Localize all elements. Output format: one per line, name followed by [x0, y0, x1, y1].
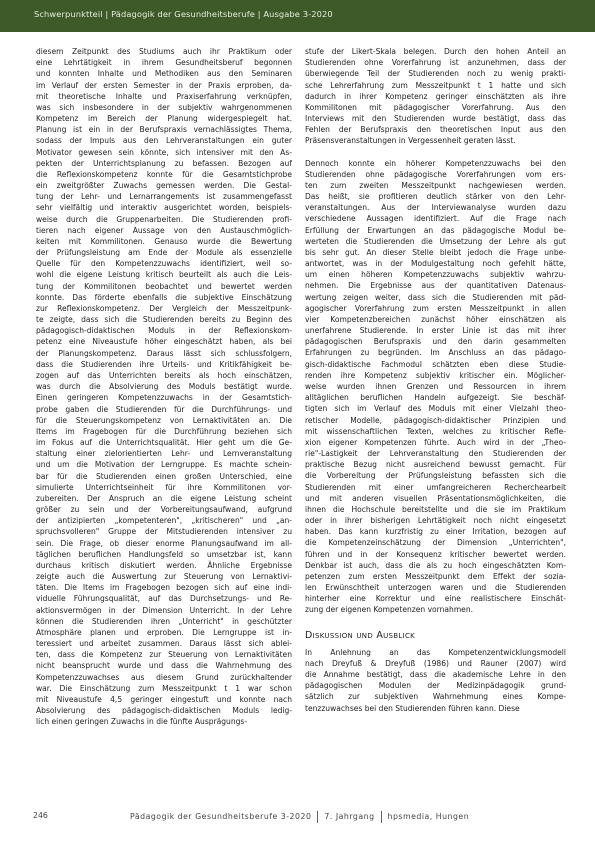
text-line: sche Lehrerfahrung zum Messzeitpunkt t 1…	[305, 80, 566, 91]
text-line: keiten mit Kommilitonen. Genauso wurde d…	[36, 236, 292, 247]
text-line: konnte. Das förderte ebenfalls die subje…	[36, 292, 292, 303]
text-line: ihnen die Hochschule bereitstellte und d…	[305, 504, 566, 515]
text-line: Erfahrungen zu begründen. Im Anschluss a…	[305, 347, 566, 358]
text-line: Fehlen der Berufspraxis den theoretische…	[305, 124, 566, 135]
text-line: mit Niveaustufe 4,5 geringer eingestuft …	[36, 694, 292, 705]
text-line: durchaus kritisch diskutiert werden. Ähn…	[36, 560, 292, 571]
text-line: weise wurden ihnen Grenzen und Ressource…	[305, 381, 566, 392]
running-header-bar: Schwerpunktteil | Pädagogik der Gesundhe…	[0, 0, 595, 32]
text-line: sodass der Impuls aus den Lehrveranstalt…	[36, 135, 292, 146]
text-line: nehmen. Die Ergebnisse aus der quantitat…	[305, 280, 566, 291]
text-line: die Annahme bestätigt, dass die akademis…	[305, 669, 566, 680]
text-line: die Kompetenzeinschätzung der Dimension …	[305, 537, 566, 548]
text-line: retischer Modelle, pädagogisch-didaktisc…	[305, 415, 566, 426]
text-line: nach Dreyfuß & Dreyfuß (1986) und Rauner…	[305, 658, 566, 669]
text-line: tieren nach eigener Aussage von den Aust…	[36, 225, 292, 236]
text-line: renden ihre Kompetenz subjektiv kritisch…	[305, 370, 566, 381]
text-line: pädagogischen Berufspraxis und den darin…	[305, 336, 566, 347]
text-line: zur Reflexionskompetenz. Der Vergleich d…	[36, 303, 292, 314]
text-line: Kompetenz im Bereich der Planung widerge…	[36, 113, 292, 124]
text-line: oder in ihrer bisherigen Lehrtätigkeit n…	[305, 515, 566, 526]
footer-publisher: hpsmedia, Hungen	[388, 812, 470, 821]
text-line: mit wissenschaftlichen Texten, welches z…	[305, 426, 566, 437]
text-line: te zeigte, dass sich die Studierenden be…	[36, 314, 292, 325]
text-line: größer zu sein und der Vorbereitungsaufw…	[36, 504, 292, 515]
text-line: vier Kompetenzbereichen zunächst höher e…	[305, 314, 566, 325]
text-line: Studierenden ohne Vorerfahrung ist anzun…	[305, 57, 566, 68]
left-text-column: diesem Zeitpunkt des Studiums auch ihr P…	[36, 46, 292, 727]
text-line: der Planungskompetenz. Daraus lässt sich…	[36, 348, 292, 359]
text-line: verschiedene Aussagen identifiziert. Auf…	[305, 213, 566, 224]
text-line: agogischer Vorerfahrung zum ersten Messz…	[305, 303, 566, 314]
text-line: tenzzuwachses bei den Studierenden führe…	[305, 703, 566, 714]
text-line: Motivator gewesen sein könnte, sich inte…	[36, 147, 292, 158]
text-line: praktische Bezug nicht ausreichend bewus…	[305, 459, 566, 470]
text-line: Absolvierung des pädagogisch-didaktische…	[36, 705, 292, 716]
text-line: rie"-Lastigkeit der Lehrveranstaltung de…	[305, 448, 566, 459]
text-line: mit theoretische Inhalte und Praxiserfah…	[36, 91, 292, 102]
text-line: tung der Kommilitonen beobachtet und bew…	[36, 281, 292, 292]
text-line: staltung einer zielorientierten Lehr- un…	[36, 448, 292, 459]
text-line: lich einen geringen Zuwachs in die fünft…	[36, 716, 292, 727]
text-line: Kommilitonen mit pädagogischer Vorerfahr…	[305, 102, 566, 113]
text-line: Items im Fragebogen für die Durchführung…	[36, 426, 292, 437]
text-line: stufe der Likert-Skala belegen. Durch de…	[305, 46, 566, 57]
text-line: probe gaben die Studierenden für die Dur…	[36, 404, 292, 415]
text-line: ein zweitgrößter Zuwachs gemessen werden…	[36, 180, 292, 191]
text-line: um einen höheren Kompetenzzuwachs subjek…	[305, 269, 566, 280]
text-line: Das heißt, sie profitieren deutlich stär…	[305, 191, 566, 202]
paragraph-results-continued: stufe der Likert-Skala belegen. Durch de…	[305, 46, 566, 147]
text-line: täten. Die Items im Fragebogen bezogen s…	[36, 582, 292, 593]
text-line: Denkbar ist auch, dass die als zu hoch e…	[305, 560, 566, 571]
page-footer: 246 Pädagogik der Gesundheitsberufe 3-20…	[0, 811, 595, 825]
text-line: gisch-didaktische Fachmodul schätzten eb…	[305, 359, 566, 370]
paragraph-competence-growth: Dennoch konnte ein höherer Kompetenzzuwa…	[305, 158, 566, 616]
page-number: 246	[33, 811, 48, 820]
text-line: und um die Motivation der Lerngruppe. Es…	[36, 459, 292, 470]
text-line: dass die Studierenden ihre Urteils- und …	[36, 359, 292, 370]
text-line: unerfahrene Studierende. In erster Linie…	[305, 325, 566, 336]
text-line: führen und in der Konsequenz kritischer …	[305, 549, 566, 560]
footer-journal: Pädagogik der Gesundheitsberufe 3-2020	[130, 812, 311, 821]
text-line: Quelle für den Kompetenzzuwachs identifi…	[36, 258, 292, 269]
text-line: teressiert und arbeitet zusammen. Daraus…	[36, 638, 292, 649]
text-line: petenzen zum ersten Messzeitpunkt dem Ef…	[305, 571, 566, 582]
text-line: wohl die eigene Leistung kritisch beurte…	[36, 269, 292, 280]
text-line: die Reflexionskompetenz konnte für die G…	[36, 169, 292, 180]
text-line: pekten der Unterrichtsplanung zu befasse…	[36, 158, 292, 169]
text-line: Einen geringeren Kompetenzzuwachs in der…	[36, 392, 292, 403]
text-line: eine Lehrtätigkeit in ihrem Gesundheitsb…	[36, 57, 292, 68]
footer-divider	[381, 811, 382, 823]
text-line: veranstaltungen. Aus der Interviewanalys…	[305, 202, 566, 213]
text-line: zogen auf das Unterrichten bereits als h…	[36, 370, 292, 381]
running-header-title: Schwerpunktteil | Pädagogik der Gesundhe…	[34, 9, 333, 19]
text-line: sehr vielfältig und interaktiv ausgerich…	[36, 202, 292, 213]
text-line: und konnten Inhalte und Methodiken aus d…	[36, 68, 292, 79]
text-line: sein. Die Frage, ob dieser enorme Planun…	[36, 538, 292, 549]
text-line: nicht beansprucht wurde und dass die Wah…	[36, 660, 292, 671]
footer-divider	[317, 811, 318, 823]
text-line: antwortet, was in der Modulgestaltung no…	[305, 258, 566, 269]
text-line: alltäglichen beruflichen Handeln aufgeze…	[305, 392, 566, 403]
text-line: was sich insbesondere in der subjektiv w…	[36, 102, 292, 113]
text-line: ten zum zweiten Messzeitpunkt nachgewies…	[305, 180, 566, 191]
text-line: aktionsvermögen in der Dimension Unterri…	[36, 605, 292, 616]
text-line: im Verlauf der ersten Semester in der Pr…	[36, 80, 292, 91]
text-line: tigten sich im Verlauf des Moduls mit ei…	[305, 403, 566, 414]
text-line: Atmosphäre planen und erproben. Die Lern…	[36, 627, 292, 638]
paragraph-discussion: In Anlehnung an das Kompetenzentwicklung…	[305, 647, 566, 714]
text-line: In Anlehnung an das Kompetenzentwicklung…	[305, 647, 566, 658]
text-line: zubereiten. Der Anspruch an die eigene L…	[36, 493, 292, 504]
text-line: pädagogisch-didaktischen Moduls in der R…	[36, 325, 292, 336]
text-line: Studierenden mit einer umfangreicheren R…	[305, 482, 566, 493]
text-line: bar für die Studierenden einen großen Un…	[36, 471, 292, 482]
text-line: spruchsvolleren" Gruppe der Mitstudieren…	[36, 526, 292, 537]
text-line: len Erwünschtheit unterzogen waren und d…	[305, 582, 566, 593]
text-line: können die Studierenden ihren „Unterrich…	[36, 616, 292, 627]
text-line: viduelle Führungsqualität, auf das Durch…	[36, 593, 292, 604]
text-line: Studierenden ohne pädagogische Vorerfahr…	[305, 169, 566, 180]
text-line: bis sehr gut. An dieser Stelle bleibt je…	[305, 247, 566, 258]
text-line: Kompetenzzuwachses aus diesem Grund zurü…	[36, 672, 292, 683]
text-line: hinterher eine Korrektur und eine realis…	[305, 593, 566, 604]
footer-citation: Pädagogik der Gesundheitsberufe 3-20207.…	[130, 811, 469, 823]
text-line: täglichen beruflichen Handlungsfeld so u…	[36, 549, 292, 560]
text-line: für die Steuerungskompetenz von Lernakti…	[36, 415, 292, 426]
text-line: zeigte auch die Auswertung zur Steuerung…	[36, 571, 292, 582]
right-text-column: stufe der Likert-Skala belegen. Durch de…	[305, 46, 566, 714]
text-line: zung der eigenen Kompetenzen vornahmen.	[305, 604, 566, 615]
text-line: simulierte Unterrichtseinheit für ihre K…	[36, 482, 292, 493]
text-line: dadurch in ihrer Kompetenz geringer eins…	[305, 91, 566, 102]
text-line: weise durch die Gruppenarbeiten. Die Stu…	[36, 214, 292, 225]
text-line: Erfüllung der Erwartungen an das pädagog…	[305, 225, 566, 236]
text-line: Interviews mit den Studierenden wurde be…	[305, 113, 566, 124]
text-line: sätzlich zur subjektiven Wahrnehmung ein…	[305, 691, 566, 702]
text-line: xion eigener Kompetenzen führte. Auch wi…	[305, 437, 566, 448]
text-line: Dennoch konnte ein höherer Kompetenzzuwa…	[305, 158, 566, 169]
text-line: werteten die Studierenden die Umsetzung …	[305, 236, 566, 247]
text-line: war. Die Einschätzung zum Messzeitpunkt …	[36, 683, 292, 694]
text-line: Planung ist ein in der Berufspraxis vern…	[36, 124, 292, 135]
footer-volume: 7. Jahrgang	[324, 812, 374, 821]
text-line: wertung zeigen weiter, dass sich die Stu…	[305, 292, 566, 303]
text-line: der antizipierten „kompetenteren", „krit…	[36, 515, 292, 526]
text-line: pädagogischen Modulen der Medizinpädagog…	[305, 680, 566, 691]
paragraph-spacer	[305, 147, 566, 158]
text-line: der Prüfungsleistung am Ende der Module …	[36, 247, 292, 258]
text-line: diesem Zeitpunkt des Studiums auch ihr P…	[36, 46, 292, 57]
section-heading-discussion: Diskussion und Ausblick	[305, 630, 566, 641]
text-line: und mit anderen visuellen Präsentationsm…	[305, 493, 566, 504]
text-line: petenz eine Niveaustufe höher eingeschät…	[36, 336, 292, 347]
text-line: was durch die Absolvierung des Moduls be…	[36, 381, 292, 392]
text-line: Präsensveranstaltungen in Vergessenheit …	[305, 135, 566, 146]
text-line: die Vorbereitung der Prüfungsleistung be…	[305, 470, 566, 481]
text-line: haben. Das kann kurzfristig zu einer Irr…	[305, 526, 566, 537]
text-line: im Fokus auf die Unterrichtsqualität. Hi…	[36, 437, 292, 448]
text-line: überwiegende Teil der Studierenden noch …	[305, 68, 566, 79]
text-line: tung der Lehr- und Lernarrangements ist …	[36, 191, 292, 202]
text-line: ten, dass die Kompetenz zur Steuerung vo…	[36, 649, 292, 660]
